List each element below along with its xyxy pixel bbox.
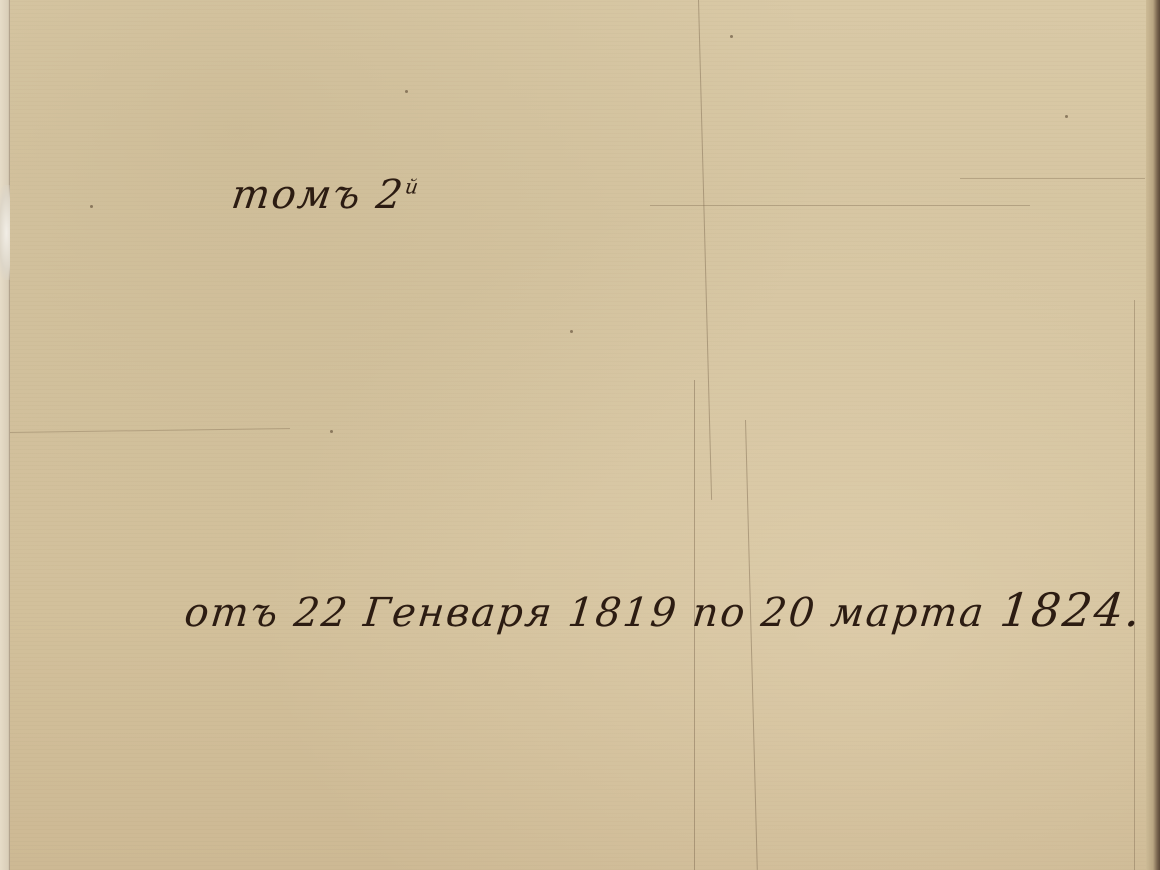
ink-speck xyxy=(90,205,93,208)
paper-crease xyxy=(960,178,1145,179)
from-day: 22 xyxy=(292,590,352,636)
date-range: отъ 22 Генваря 1819 по 20 марта 1824. xyxy=(182,583,1145,637)
ink-speck xyxy=(405,90,408,93)
to-month: марта xyxy=(828,590,987,636)
volume-number: 2 xyxy=(373,172,407,218)
paper-fold-vertical xyxy=(745,420,758,870)
to-day: 20 xyxy=(759,590,819,636)
from-year: 1819 xyxy=(566,590,681,636)
ink-speck xyxy=(1065,115,1068,118)
page-right-edge xyxy=(1146,0,1160,870)
volume-word: томъ xyxy=(229,172,365,218)
volume-superscript: й xyxy=(403,175,421,199)
paper-crease xyxy=(650,205,1030,206)
ink-speck xyxy=(730,35,733,38)
ink-speck xyxy=(570,330,573,333)
manuscript-page: томъ 2й отъ 22 Генваря 1819 по 20 марта … xyxy=(10,0,1148,870)
volume-label: томъ 2й xyxy=(229,172,422,218)
ink-speck xyxy=(330,430,333,433)
paper-fold-vertical xyxy=(698,0,712,500)
from-prefix: отъ xyxy=(182,590,282,636)
paper-crease xyxy=(10,428,290,433)
to-prefix: по xyxy=(690,590,749,636)
from-month: Генваря xyxy=(361,590,556,636)
to-year: 1824. xyxy=(997,583,1144,637)
